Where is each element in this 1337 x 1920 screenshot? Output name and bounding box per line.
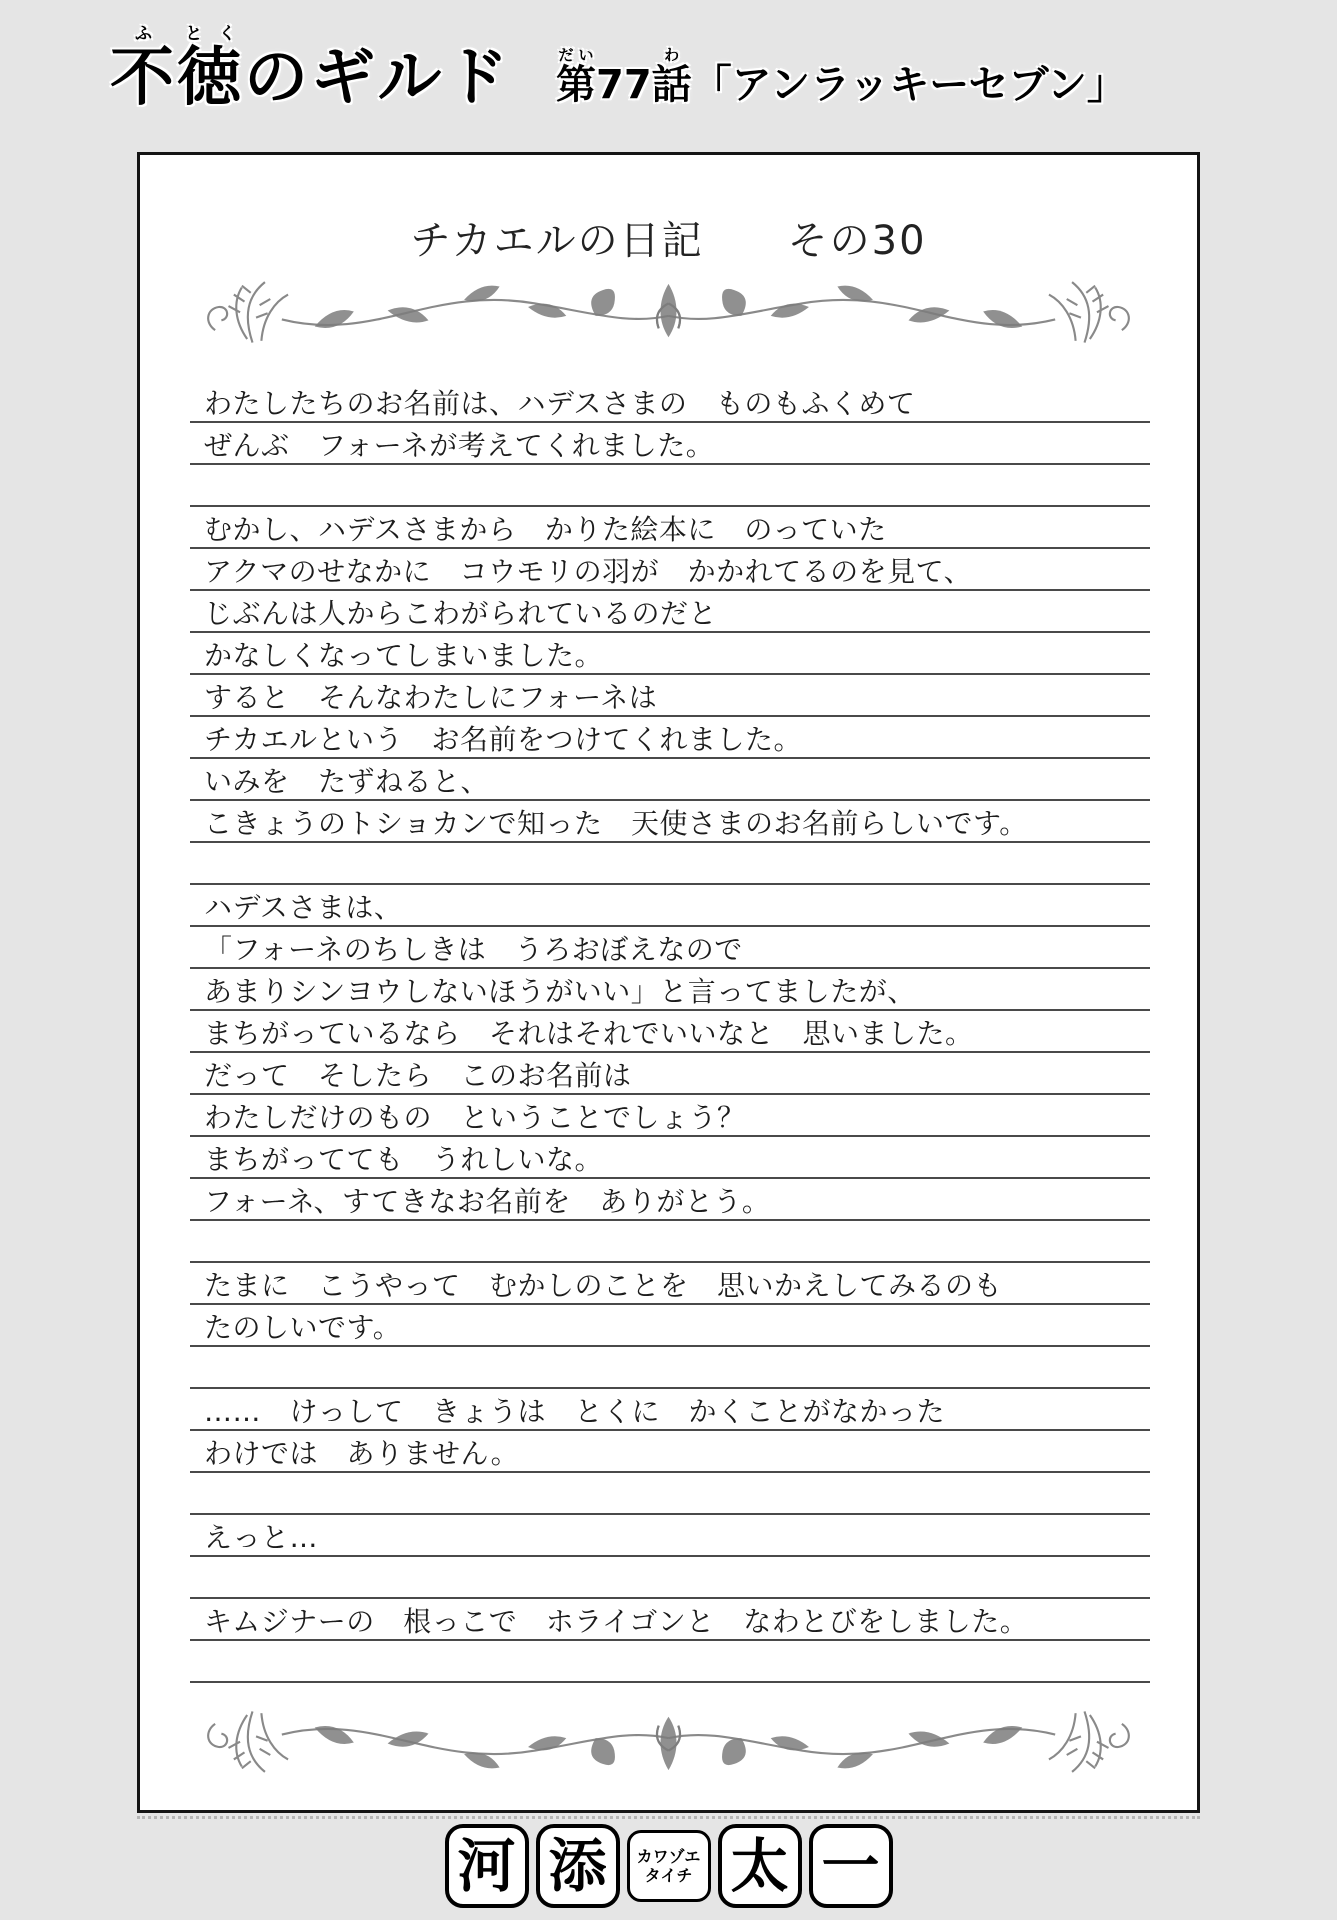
diary-line-text: キムジナーの 根っこで ホライゴンと なわとびをしました。: [204, 1608, 1028, 1636]
diary-line-text: あまりシンヨウしないほうがいい」と言ってましたが、: [204, 978, 916, 1006]
diary-line-row: チカエルという お名前をつけてくれました。: [190, 717, 1150, 759]
diary-line-row: [190, 843, 1150, 885]
episode-dai: 第だい: [556, 62, 596, 108]
author-kanji-4: 一: [821, 1837, 879, 1895]
diary-line-text: すると そんなわたしにフォーネは: [204, 684, 657, 712]
diary-line-text: わたしたちのお名前は、ハデスさまの ものもふくめて: [204, 390, 915, 418]
diary-line-text: たのしいです。: [204, 1314, 401, 1342]
series-title-char1: 不ふ: [110, 42, 177, 113]
diary-line-row: 「フォーネのちしきは うろおぼえなので: [190, 927, 1150, 969]
series-title: 不ふ徳とくのギルド: [110, 24, 511, 118]
author-kana-line2: タイチ: [645, 1866, 693, 1885]
diary-line-text: わたしだけのもの ということでしょう？: [204, 1104, 746, 1132]
diary-line-row: たまに こうやって むかしのことを 思いかえしてみるのも: [190, 1263, 1150, 1305]
diary-line-row: えっと…: [190, 1515, 1150, 1557]
diary-rows: わたしたちのお名前は、ハデスさまの ものもふくめてぜんぶ フォーネが考えてくれま…: [190, 381, 1150, 1683]
diary-line-row: わたしたちのお名前は、ハデスさまの ものもふくめて: [190, 381, 1150, 423]
floral-ornament-top-icon: [148, 275, 1189, 355]
diary-line-text: いみを たずねると、: [204, 768, 489, 796]
floral-ornament-bottom-icon: [148, 1699, 1189, 1779]
diary-line-row: フォーネ、すてきなお名前を ありがとう。: [190, 1179, 1150, 1221]
diary-line-row: だって そしたら このお名前は: [190, 1053, 1150, 1095]
episode-base2: 話: [652, 62, 692, 108]
diary-line-text: …… けっして きょうは とくに かくことがなかった: [204, 1398, 945, 1426]
diary-line-row: まちがっているなら それはそれでいいなと 思いました。: [190, 1011, 1150, 1053]
diary-line-text: むかし、ハデスさまから かりた絵本に のっていた: [204, 516, 887, 544]
diary-line-text: だって そしたら このお名前は: [204, 1062, 632, 1090]
episode-furigana2: わ: [652, 46, 692, 64]
diary-line-row: いみを たずねると、: [190, 759, 1150, 801]
diary-line-text: ハデスさまは、: [204, 894, 402, 922]
diary-line-text: じぶんは人からこわがられているのだと: [204, 600, 717, 628]
diary-line-text: 「フォーネのちしきは うろおぼえなので: [204, 936, 743, 964]
series-title-char2: 徳とく: [177, 42, 244, 113]
author-kanji-box-1: 河: [445, 1824, 529, 1908]
diary-line-text: アクマのせなかに コウモリの羽が かかれてるのを見て、: [204, 558, 972, 586]
diary-line-text: フォーネ、すてきなお名前を ありがとう。: [204, 1188, 770, 1216]
series-title-furigana2: とく: [177, 24, 244, 44]
diary-title-main: チカエルの日記: [410, 218, 703, 264]
diary-line-row: ぜんぶ フォーネが考えてくれました。: [190, 423, 1150, 465]
episode-number: 77: [596, 62, 652, 108]
diary-line-text: こきょうのトショカンで知った 天使さまのお名前らしいです。: [204, 810, 1028, 838]
diary-line-text: チカエルという お名前をつけてくれました。: [204, 726, 802, 754]
diary-title-part: その30: [788, 218, 927, 264]
diary-line-row: こきょうのトショカンで知った 天使さまのお名前らしいです。: [190, 801, 1150, 843]
series-title-furigana1: ふ: [110, 24, 177, 44]
author-kana-line1: カワゾエ: [637, 1847, 701, 1866]
author-kanji-box-4: 一: [809, 1824, 893, 1908]
diary-line-row: [190, 465, 1150, 507]
diary-line-row: [190, 1641, 1150, 1683]
author-kanji-3: 太: [730, 1837, 788, 1895]
episode-furigana1: だい: [556, 46, 596, 64]
series-title-rest: のギルド: [244, 42, 511, 113]
diary-line-row: [190, 1473, 1150, 1515]
episode-name: 「アンラッキーセブン」: [692, 62, 1127, 108]
diary-line-row: ハデスさまは、: [190, 885, 1150, 927]
diary-line-row: あまりシンヨウしないほうがいい」と言ってましたが、: [190, 969, 1150, 1011]
diary-line-row: アクマのせなかに コウモリの羽が かかれてるのを見て、: [190, 549, 1150, 591]
diary-line-text: たまに こうやって むかしのことを 思いかえしてみるのも: [204, 1272, 1002, 1300]
episode-wa: 話わ: [652, 62, 692, 108]
diary-line-text: まちがっているなら それはそれでいいなと 思いました。: [204, 1020, 974, 1048]
author-kana-box: カワゾエ タイチ: [627, 1830, 711, 1902]
diary-page: チカエルの日記 その30 わたしたちのお名前は、ハデスさまの ものもふくめてぜん…: [137, 152, 1200, 1813]
author-kanji-1: 河: [457, 1837, 515, 1895]
author-kanji-box-3: 太: [718, 1824, 802, 1908]
diary-line-text: えっと…: [204, 1524, 318, 1552]
diary-line-row: たのしいです。: [190, 1305, 1150, 1347]
diary-line-row: [190, 1347, 1150, 1389]
diary-line-text: まちがってても うれしいな。: [204, 1146, 603, 1174]
episode-title: 第だい77話わ「アンラッキーセブン」: [556, 46, 1127, 110]
diary-title: チカエルの日記 その30: [140, 209, 1197, 266]
manga-page: 不ふ徳とくのギルド 第だい77話わ「アンラッキーセブン」 チカエルの日記 その3…: [0, 0, 1337, 1920]
diary-line-text: かなしくなってしまいました。: [204, 642, 603, 670]
series-title-base1: 不: [110, 42, 177, 113]
diary-line-row: キムジナーの 根っこで ホライゴンと なわとびをしました。: [190, 1599, 1150, 1641]
diary-line-row: …… けっして きょうは とくに かくことがなかった: [190, 1389, 1150, 1431]
author-kanji-2: 添: [548, 1837, 606, 1895]
author-kanji-box-2: 添: [536, 1824, 620, 1908]
diary-line-row: じぶんは人からこわがられているのだと: [190, 591, 1150, 633]
author-credit: 河 添 カワゾエ タイチ 太 一: [445, 1824, 893, 1908]
episode-base1: 第: [556, 62, 596, 108]
diary-line-row: わたしだけのもの ということでしょう？: [190, 1095, 1150, 1137]
series-title-base2: 徳: [177, 42, 244, 113]
diary-line-row: わけでは ありません。: [190, 1431, 1150, 1473]
diary-line-row: [190, 1221, 1150, 1263]
diary-line-row: むかし、ハデスさまから かりた絵本に のっていた: [190, 507, 1150, 549]
diary-line-text: わけでは ありません。: [204, 1440, 519, 1468]
page-bottom-shadow: [137, 1816, 1200, 1819]
diary-line-row: まちがってても うれしいな。: [190, 1137, 1150, 1179]
diary-line-row: すると そんなわたしにフォーネは: [190, 675, 1150, 717]
diary-line-row: [190, 1557, 1150, 1599]
diary-line-row: かなしくなってしまいました。: [190, 633, 1150, 675]
diary-line-text: ぜんぶ フォーネが考えてくれました。: [204, 432, 714, 460]
